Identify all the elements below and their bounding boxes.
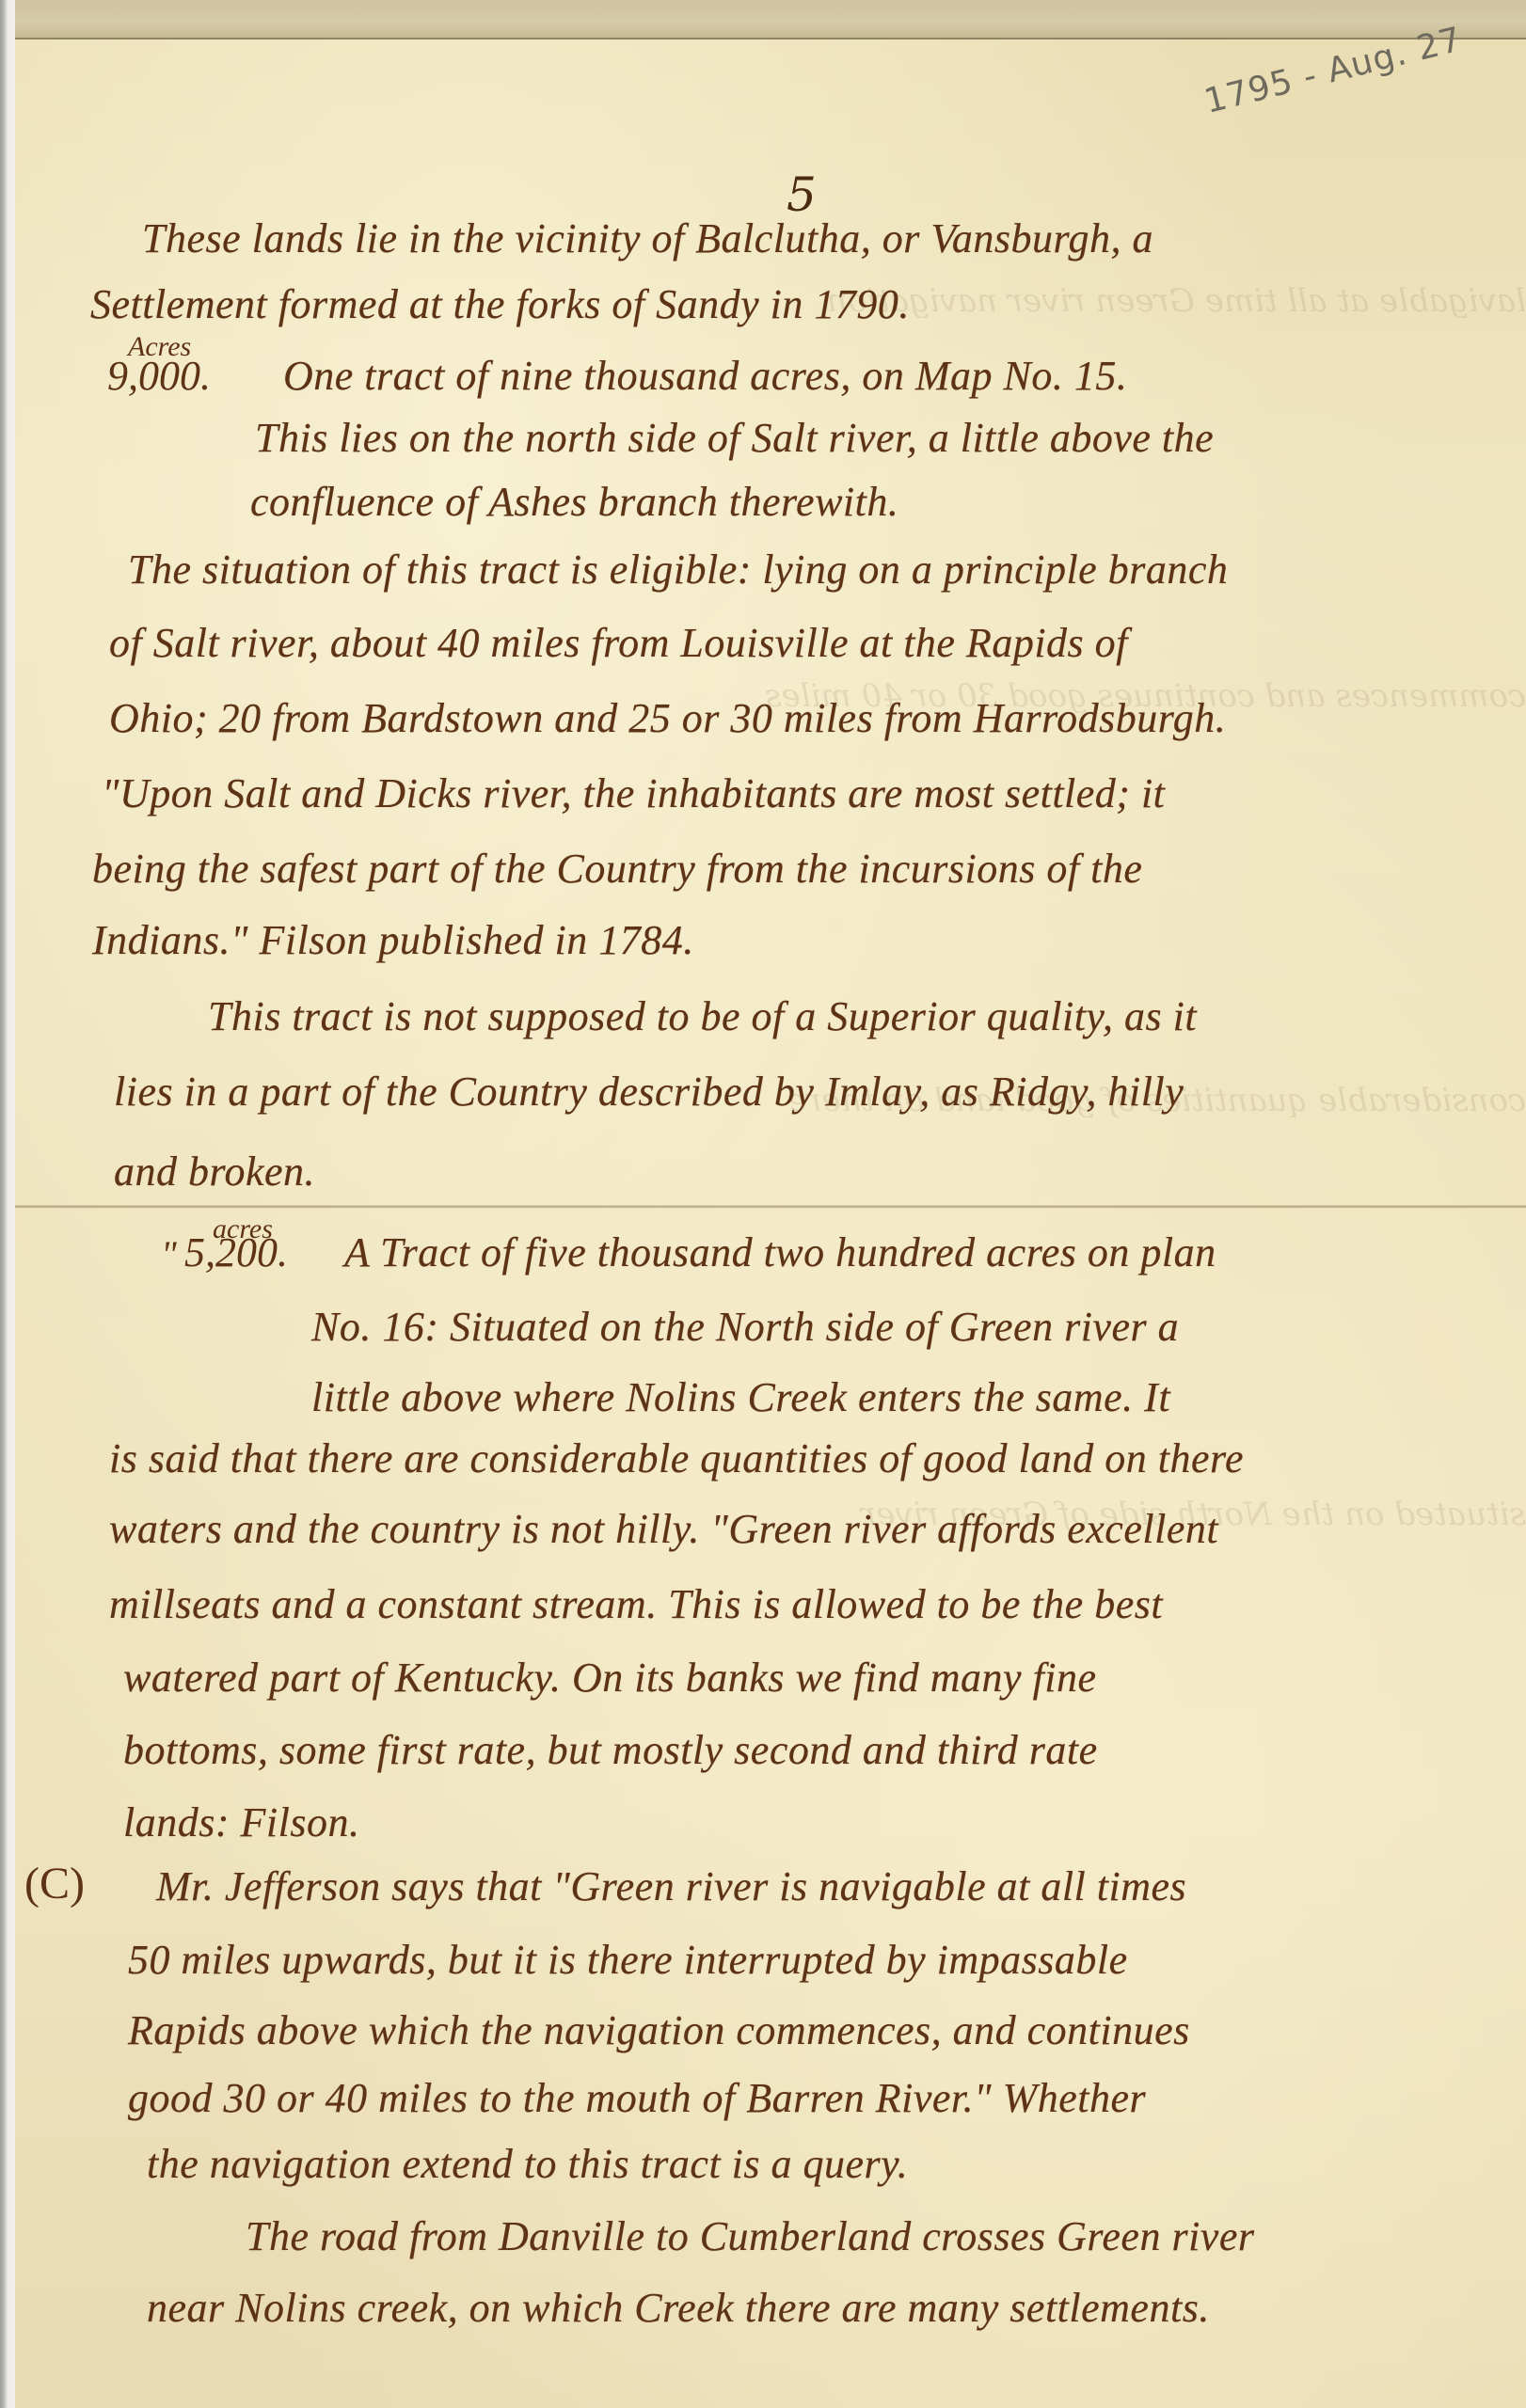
- text-line: lies in a part of the Country described …: [114, 1068, 1184, 1116]
- margin-acreage-amount: 5,200.: [184, 1228, 288, 1276]
- text-line: 50 miles upwards, but it is there interr…: [128, 1936, 1128, 1984]
- text-line: millseats and a constant stream. This is…: [109, 1580, 1163, 1628]
- scan-left-edge: [0, 0, 15, 2408]
- text-line: Indians." Filson published in 1784.: [92, 916, 694, 964]
- text-line: waters and the country is not hilly. "Gr…: [109, 1505, 1218, 1553]
- text-line: The road from Danville to Cumberland cro…: [246, 2212, 1254, 2260]
- text-line: "Upon Salt and Dicks river, the inhabita…: [102, 769, 1165, 817]
- margin-section-mark: (C): [24, 1858, 85, 1909]
- text-line: No. 16: Situated on the North side of Gr…: [311, 1303, 1179, 1351]
- text-line: little above where Nolins Creek enters t…: [311, 1373, 1170, 1421]
- text-line: Rapids above which the navigation commen…: [128, 2006, 1190, 2054]
- text-line: Ohio; 20 from Bardstown and 25 or 30 mil…: [109, 694, 1226, 742]
- margin-quote-mark: ": [161, 1232, 177, 1276]
- text-line: being the safest part of the Country fro…: [92, 845, 1142, 893]
- text-line: The situation of this tract is eligible:…: [128, 546, 1228, 594]
- paper-fold-line: [15, 1205, 1526, 1209]
- text-line: This tract is not supposed to be of a Su…: [208, 992, 1197, 1040]
- text-line: A Tract of five thousand two hundred acr…: [344, 1228, 1216, 1276]
- text-line: This lies on the north side of Salt rive…: [255, 414, 1214, 462]
- text-line: and broken.: [114, 1148, 315, 1196]
- text-line: These lands lie in the vicinity of Balcl…: [142, 214, 1153, 262]
- text-line: Mr. Jefferson says that "Green river is …: [156, 1862, 1186, 1910]
- text-line: lands: Filson.: [123, 1798, 359, 1846]
- text-line: the navigation extend to this tract is a…: [147, 2140, 908, 2188]
- text-line: is said that there are considerable quan…: [109, 1434, 1244, 1482]
- page-top-strip: [15, 0, 1526, 40]
- text-line: near Nolins creek, on which Creek there …: [147, 2284, 1210, 2332]
- text-line: of Salt river, about 40 miles from Louis…: [109, 619, 1128, 667]
- text-line: One tract of nine thousand acres, on Map…: [283, 352, 1127, 400]
- text-line: bottoms, some first rate, but mostly sec…: [123, 1726, 1098, 1774]
- manuscript-page: lavigable at all time Green river naviga…: [15, 0, 1526, 2408]
- text-line: confluence of Ashes branch therewith.: [250, 478, 898, 526]
- text-line: watered part of Kentucky. On its banks w…: [123, 1654, 1097, 1702]
- text-line: Settlement formed at the forks of Sandy …: [90, 280, 910, 328]
- margin-acreage-amount: 9,000.: [107, 352, 211, 400]
- text-line: good 30 or 40 miles to the mouth of Barr…: [128, 2074, 1146, 2122]
